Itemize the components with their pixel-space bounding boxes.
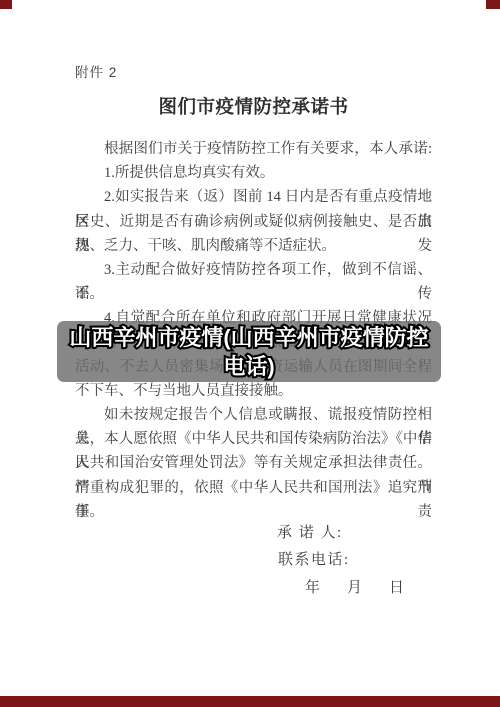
document-text-line: 1.所提供信息均真实有效。 bbox=[75, 161, 432, 185]
document-text-line: 根据图们市关于疫情防控工作有关要求，本人承诺: bbox=[75, 137, 432, 161]
watermark-text-line2: 电话) bbox=[223, 352, 274, 381]
signer-label: 承 诺 人: bbox=[277, 524, 343, 542]
document-text-line: 3.主动配合做好疫情防控各项工作，做到不信谣、不传 bbox=[75, 258, 432, 282]
document-text-line: 民共和国治安管理处罚法》等有关规定承担法律责任。情节 bbox=[75, 451, 432, 475]
document-text-line: 2.如实报告来（返）图前 14 日内是否有重点疫情地区旅 bbox=[75, 185, 432, 209]
masthead-left-fragment bbox=[0, 0, 12, 9]
footer-bar bbox=[0, 696, 500, 707]
document-text-line: 严重构成犯罪的，依照《中华人民共和国刑法》追究刑事责 bbox=[75, 476, 432, 500]
date-label: 年 月 日 bbox=[305, 579, 410, 597]
document-text-line: 息，本人愿依照《中华人民共和国传染病防治法》《中华人 bbox=[75, 427, 432, 451]
masthead-right-fragment bbox=[486, 0, 500, 9]
document-title: 图们市疫情防控承诺书 bbox=[75, 97, 432, 119]
document-text-line: 居史、近期是否有确诊病例或疑似病例接触史、是否出现发 bbox=[75, 210, 432, 234]
document-text-line: 不下车、不与当地人员直接接触。 bbox=[75, 379, 432, 403]
contact-phone-label: 联系电话: bbox=[278, 551, 350, 569]
scanned-document-page: 附件 2 图们市疫情防控承诺书 根据图们市关于疫情防控工作有关要求，本人承诺:1… bbox=[0, 0, 500, 707]
attachment-label: 附件 2 bbox=[75, 61, 117, 81]
watermark-text-line1: 山西辛州市疫情(山西辛州市疫情防控 bbox=[69, 323, 428, 352]
watermark-banner: 山西辛州市疫情(山西辛州市疫情防控 电话) bbox=[57, 321, 441, 382]
document-text-line: 如未按规定报告个人信息或瞒报、谎报疫情防控相关信 bbox=[75, 403, 432, 427]
